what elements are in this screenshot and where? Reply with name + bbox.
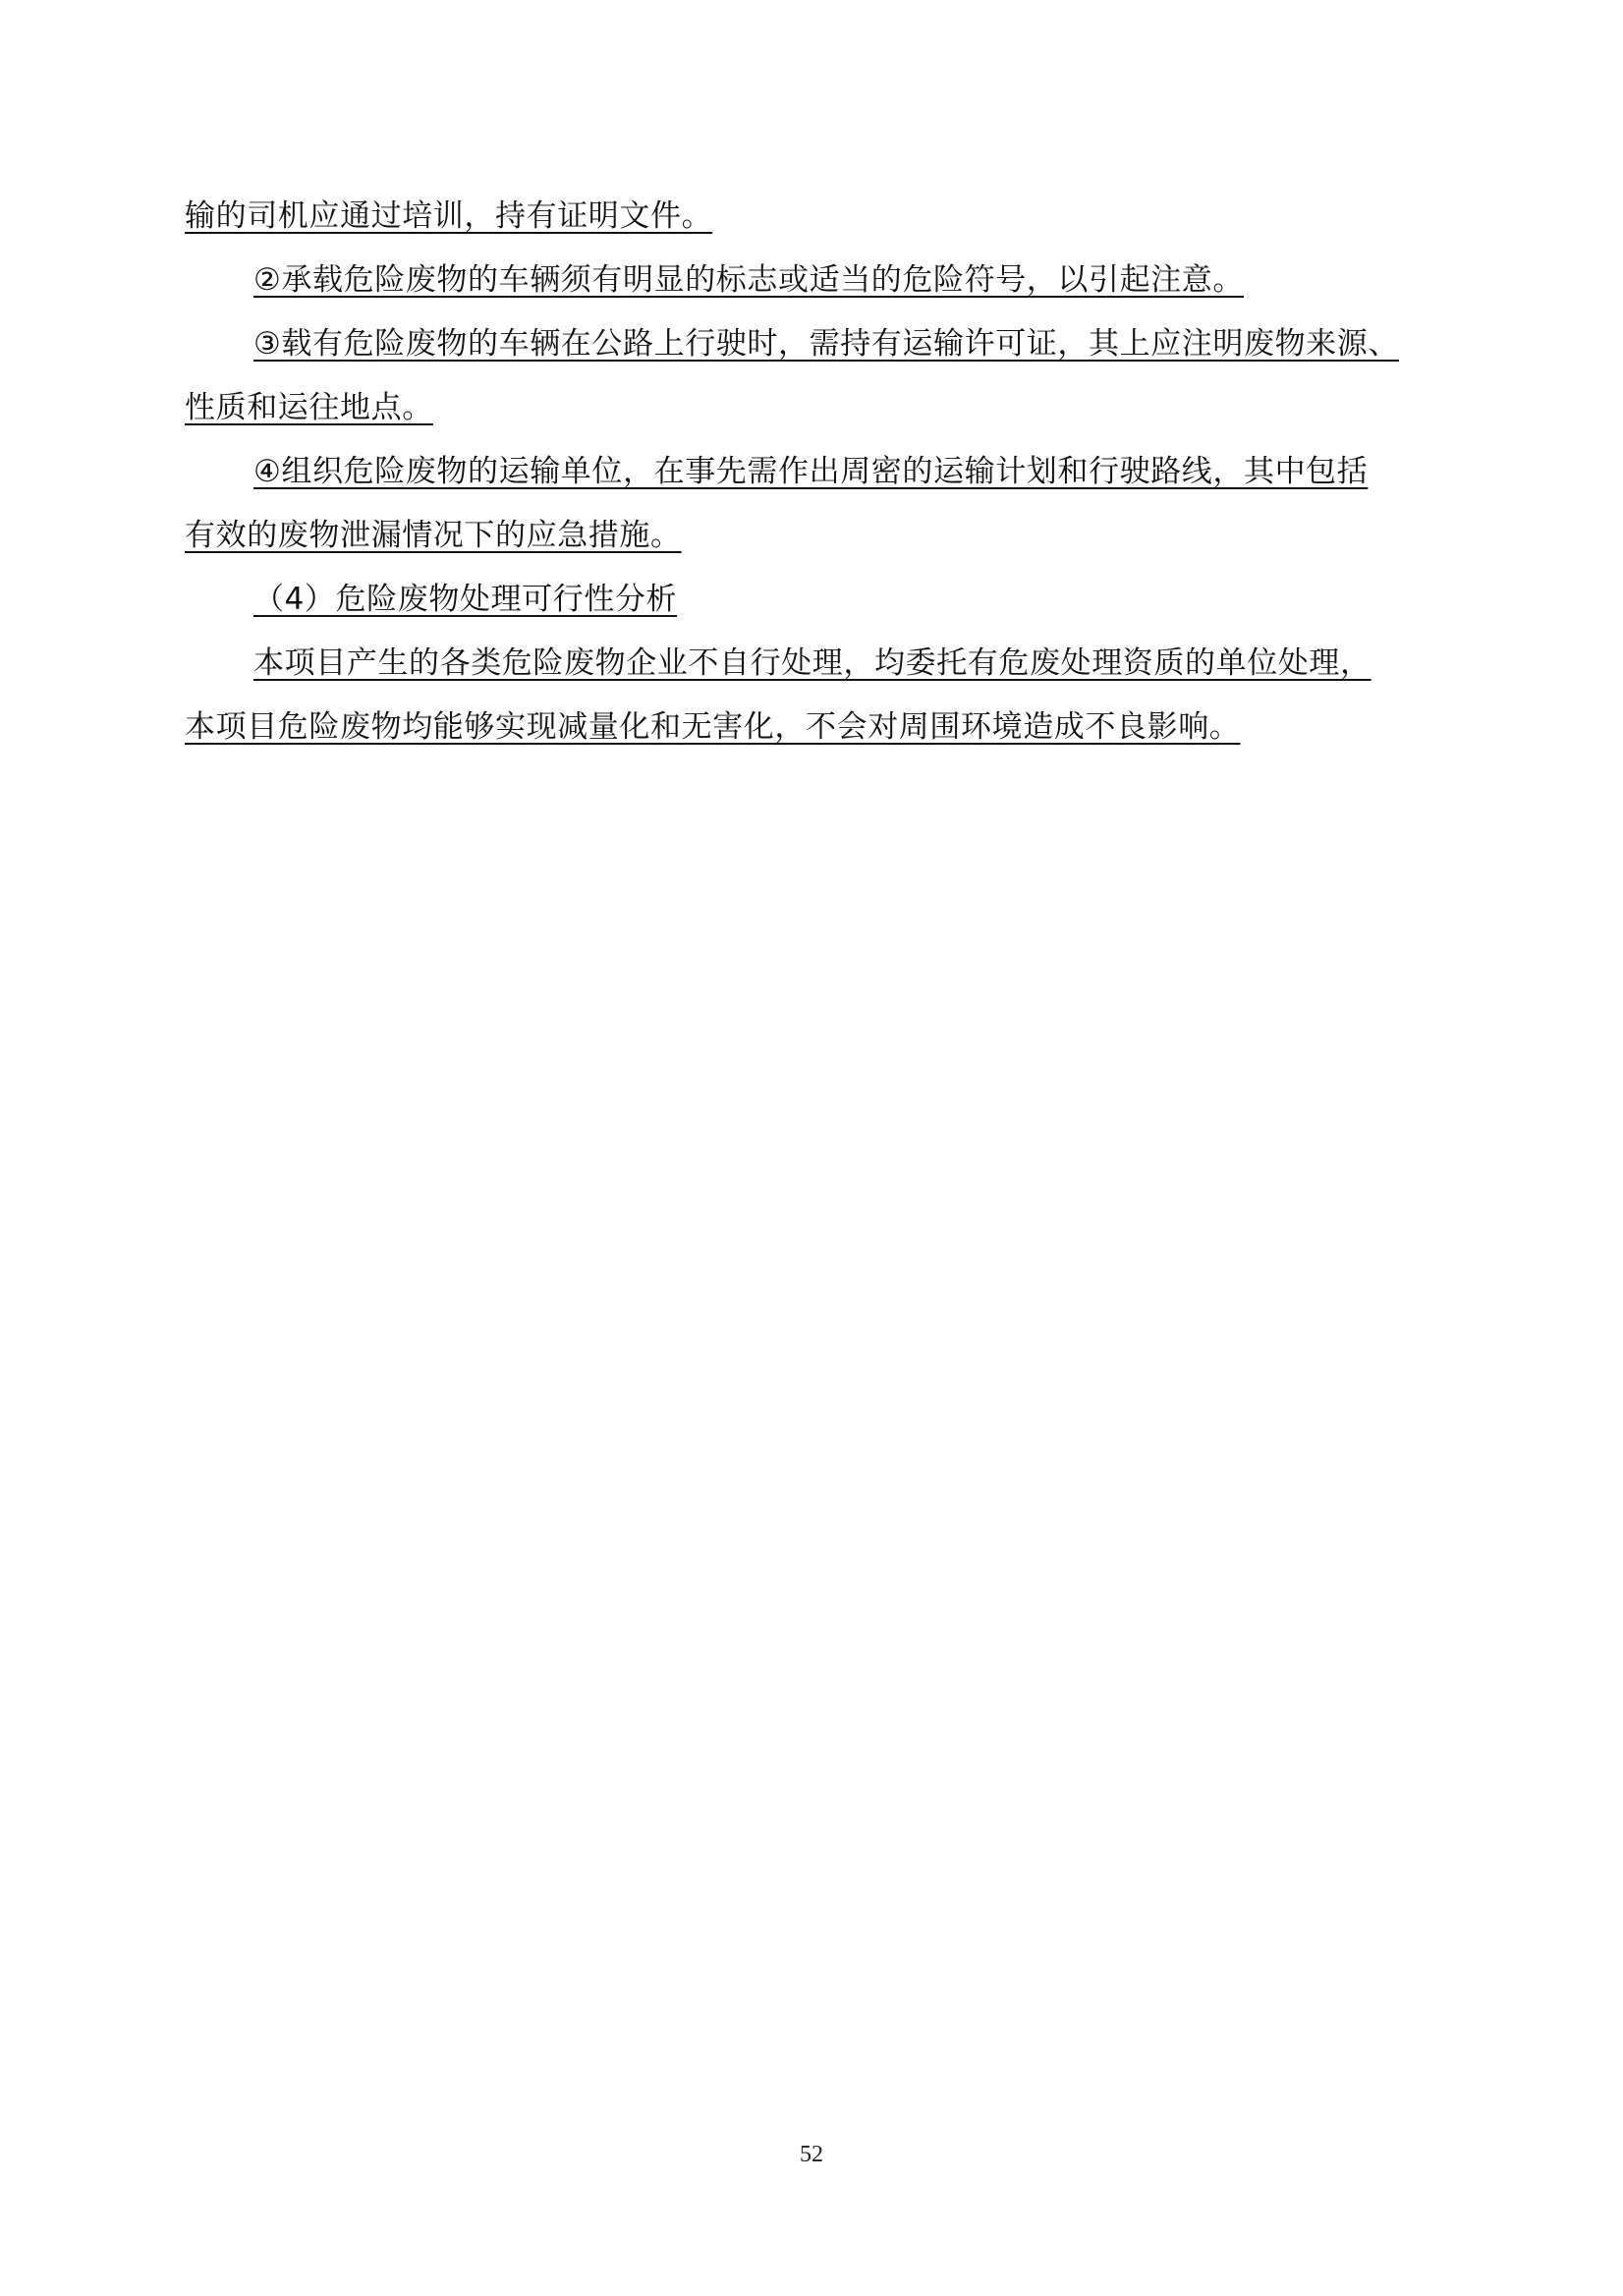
page-number: 52 bbox=[0, 2142, 1623, 2168]
paragraph-line-5: ④组织危险废物的运输单位，在事先需作出周密的运输计划和行驶路线，其中包括 bbox=[253, 452, 1368, 491]
paragraph-line-8: 本项目产生的各类危险废物企业不自行处理，均委托有危废处理资质的单位处理， bbox=[253, 644, 1371, 683]
section-heading: （4）危险废物处理可行性分析 bbox=[253, 580, 677, 619]
paragraph-line-6: 有效的废物泄漏情况下的应急措施。 bbox=[185, 516, 682, 555]
paragraph-line-2: ②承载危险废物的车辆须有明显的标志或适当的危险符号，以引起注意。 bbox=[253, 260, 1244, 300]
paragraph-line-3: ③载有危险废物的车辆在公路上行驶时，需持有运输许可证，其上应注明废物来源、 bbox=[253, 324, 1399, 364]
paragraph-line-4: 性质和运往地点。 bbox=[185, 388, 433, 427]
document-page: 输的司机应通过培训，持有证明文件。 ②承载危险废物的车辆须有明显的标志或适当的危… bbox=[0, 0, 1623, 2296]
paragraph-line-9: 本项目危险废物均能够实现减量化和无害化，不会对周围环境造成不良影响。 bbox=[185, 707, 1240, 747]
paragraph-line-1: 输的司机应通过培训，持有证明文件。 bbox=[185, 196, 712, 236]
